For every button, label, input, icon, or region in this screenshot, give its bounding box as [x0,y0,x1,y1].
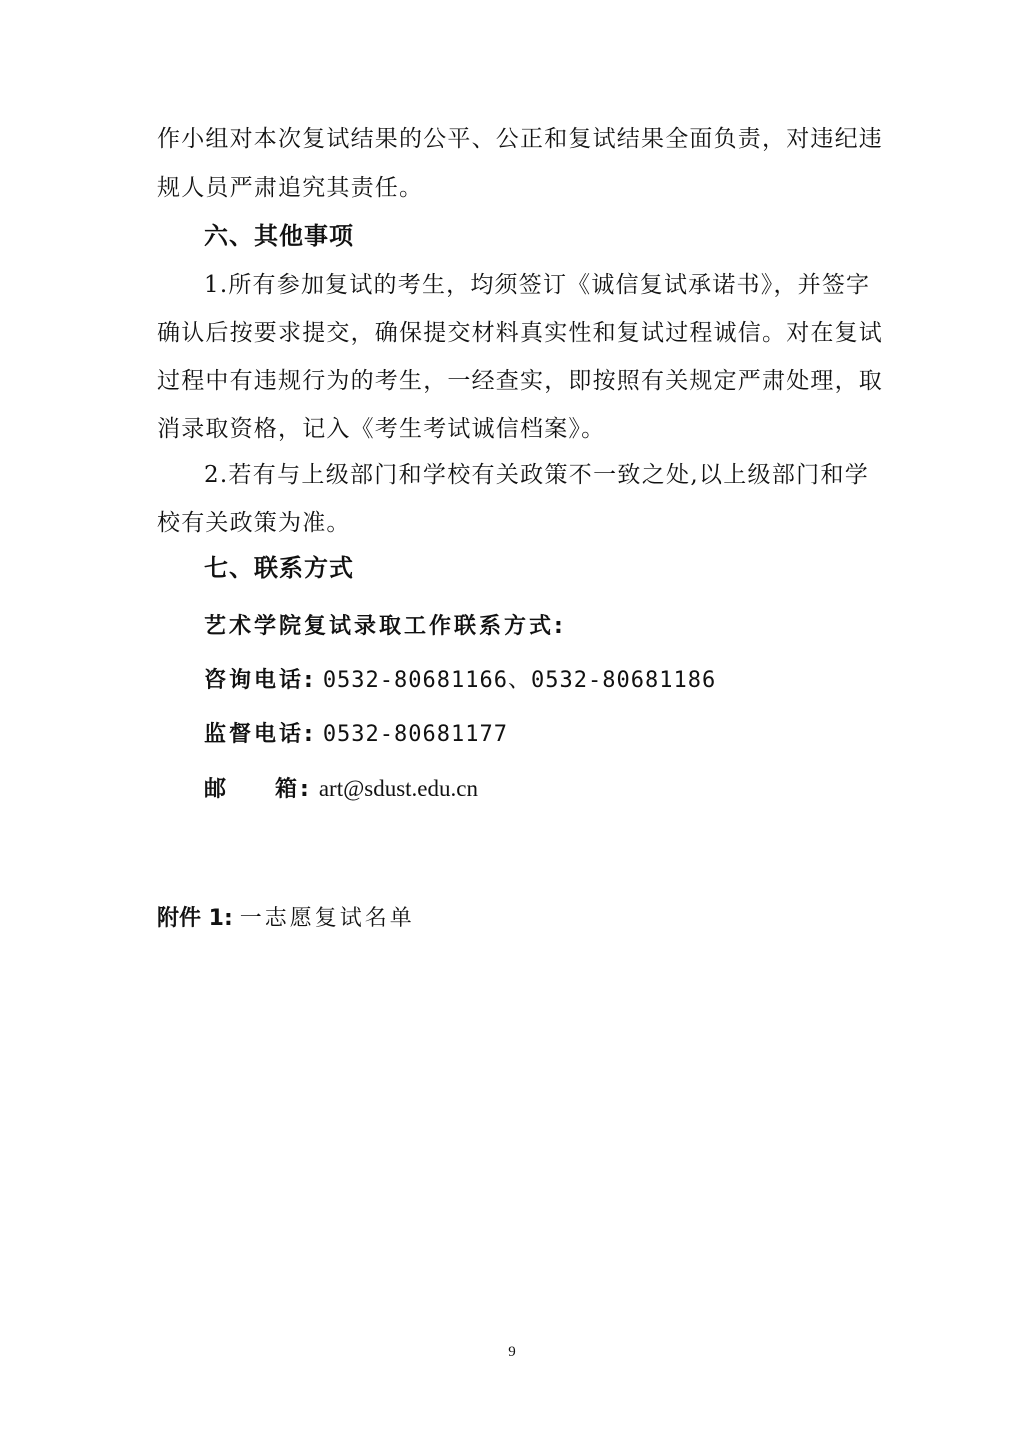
paragraph-line: 过程中有违规行为的考生，一经查实，即按照有关规定严肃处理，取 [157,366,869,396]
email-row: 邮箱: art@sdust.edu.cn [204,774,478,805]
email-link[interactable]: art@sdust.edu.cn [319,776,478,801]
page-number: 9 [0,1344,1024,1361]
contact-intro-label: 艺术学院复试录取工作联系方式: [204,614,566,639]
consult-phone-label: 咨询电话: [204,668,316,693]
section-heading-contact: 七、联系方式 [204,553,354,583]
email-label-part2: 箱: [275,777,312,802]
paragraph-line: 规人员严肃追究其责任。 [157,173,869,203]
section-heading-other-matters: 六、其他事项 [204,221,354,251]
paragraph-line: 确认后按要求提交，确保提交材料真实性和复试过程诚信。对在复试 [157,318,869,348]
email-label: 邮箱: [204,777,312,802]
paragraph-line: 2.若有与上级部门和学校有关政策不一致之处,以上级部门和学 [204,460,869,490]
document-page: 作小组对本次复试结果的公平、公正和复试结果全面负责，对违纪违 规人员严肃追究其责… [0,0,1024,1448]
paragraph-line: 作小组对本次复试结果的公平、公正和复试结果全面负责，对违纪违 [157,124,869,154]
paragraph-line: 1.所有参加复试的考生，均须签订《诚信复试承诺书》，并签字 [204,270,869,300]
attachment-title: 一志愿复试名单 [240,906,415,931]
paragraph-line: 校有关政策为准。 [157,508,869,538]
consult-phone-value: 0532-80681166、0532-80681186 [323,668,716,693]
supervise-phone-row: 监督电话: 0532-80681177 [204,720,508,750]
contact-intro: 艺术学院复试录取工作联系方式: [204,612,566,642]
supervise-phone-label: 监督电话: [204,722,316,747]
attachment-line: 附件 1: 一志愿复试名单 [157,904,415,934]
paragraph-line: 消录取资格，记入《考生考试诚信档案》。 [157,414,869,444]
supervise-phone-value: 0532-80681177 [323,722,508,747]
consult-phone-row: 咨询电话: 0532-80681166、0532-80681186 [204,666,716,696]
attachment-label: 附件 1: [157,906,233,931]
email-label-part1: 邮 [204,777,229,802]
